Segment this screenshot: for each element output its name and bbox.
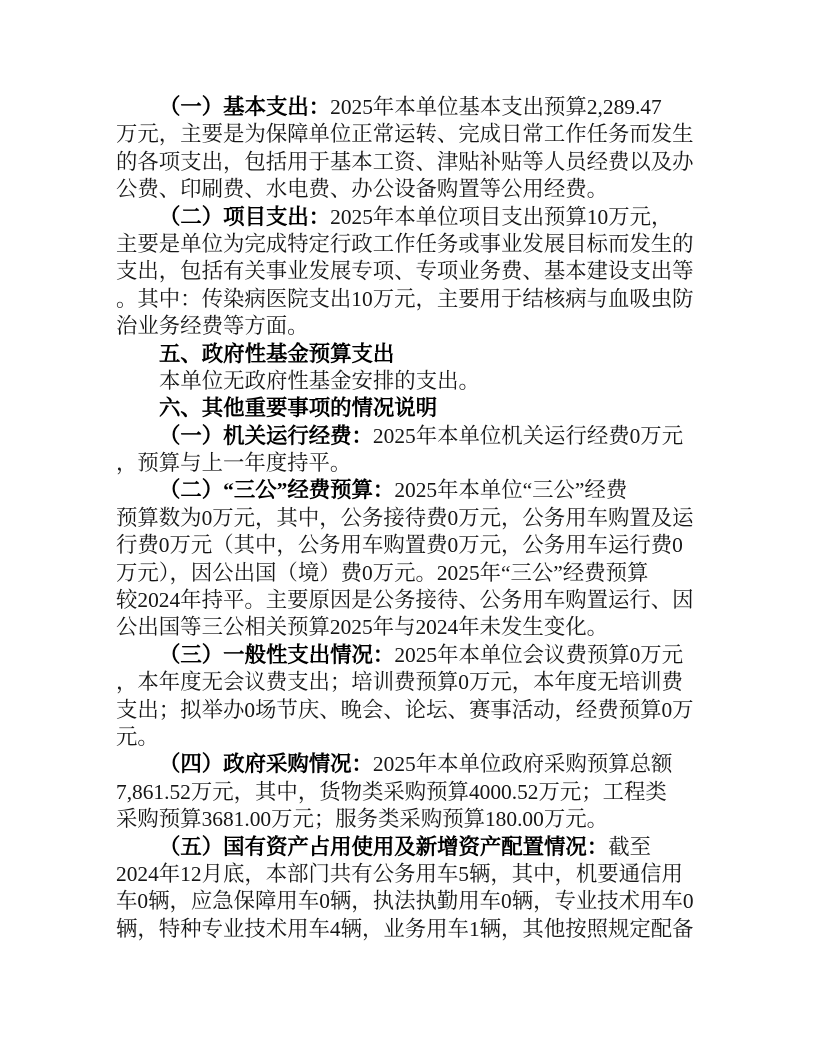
body-text-run: 的各项支出，包括用于基本工资、津贴补贴等人员经费以及办 <box>116 150 694 174</box>
body-text-run: 。其中：传染病医院支出10万元，主要用于结核病与血吸虫防 <box>116 287 694 311</box>
body-text-run: 治业务经费等方面。 <box>116 314 309 338</box>
text-line: 支出；拟举办0场节庆、晚会、论坛、赛事活动，经费预算0万 <box>116 697 706 724</box>
body-text-run: 2025年本单位项目支出预算10万元， <box>330 205 672 229</box>
text-line: ，预算与上一年度持平。 <box>116 450 706 477</box>
document-body: （一）基本支出：2025年本单位基本支出预算2,289.47万元，主要是为保障单… <box>116 94 706 943</box>
section-heading-run: 五、政府性基金预算支出 <box>159 342 394 366</box>
text-line: （二）项目支出：2025年本单位项目支出预算10万元， <box>116 204 706 231</box>
body-text-run: 2025年本单位会议费预算0万元 <box>394 643 683 667</box>
text-line: 的各项支出，包括用于基本工资、津贴补贴等人员经费以及办 <box>116 149 706 176</box>
text-line: 辆，特种专业技术用车4辆，业务用车1辆，其他按照规定配备 <box>116 916 706 943</box>
body-text-run: ，预算与上一年度持平。 <box>116 451 351 475</box>
text-line: 治业务经费等方面。 <box>116 313 706 340</box>
text-line: 2024年12月底，本部门共有公务用车5辆，其中，机要通信用 <box>116 861 706 888</box>
section-heading-run: （四）政府采购情况： <box>159 752 373 776</box>
body-text-run: 2025年本单位政府采购预算总额 <box>373 752 672 776</box>
body-text-run: 2025年本单位基本支出预算2,289.47 <box>330 95 662 119</box>
body-text-run: 辆，特种专业技术用车4辆，业务用车1辆，其他按照规定配备 <box>116 917 694 941</box>
section-heading-run: 六、其他重要事项的情况说明 <box>159 396 437 420</box>
text-line: 公出国等三公相关预算2025年与2024年未发生变化。 <box>116 614 706 641</box>
body-text-run: 公出国等三公相关预算2025年与2024年未发生变化。 <box>116 615 608 639</box>
section-heading-run: （二）“三公”经费预算： <box>159 478 394 502</box>
body-text-run: 较2024年持平。主要原因是公务接待、公务用车购置运行、因 <box>116 588 694 612</box>
text-line: 支出，包括有关事业发展专项、专项业务费、基本建设支出等 <box>116 258 706 285</box>
text-line: 行费0万元（其中，公务用车购置费0万元，公务用车运行费0 <box>116 532 706 559</box>
body-text-run: 万元，主要是为保障单位正常运转、完成日常工作任务而发生 <box>116 122 694 146</box>
text-line: 预算数为0万元，其中，公务接待费0万元，公务用车购置及运 <box>116 505 706 532</box>
text-line: （二）“三公”经费预算：2025年本单位“三公”经费 <box>116 477 706 504</box>
text-line: （三）一般性支出情况：2025年本单位会议费预算0万元 <box>116 642 706 669</box>
section-heading-run: （二）项目支出： <box>159 205 330 229</box>
body-text-run: 支出，包括有关事业发展专项、专项业务费、基本建设支出等 <box>116 259 694 283</box>
body-text-run: 公费、印刷费、水电费、办公设备购置等公用经费。 <box>116 177 608 201</box>
body-text-run: 7,861.52万元，其中，货物类采购预算4000.52万元；工程类 <box>116 780 667 804</box>
body-text-run: 2025年本单位机关运行经费0万元 <box>373 424 683 448</box>
text-line: 主要是单位为完成特定行政工作任务或事业发展目标而发生的 <box>116 231 706 258</box>
text-line: （一）机关运行经费：2025年本单位机关运行经费0万元 <box>116 423 706 450</box>
text-line: 万元，主要是为保障单位正常运转、完成日常工作任务而发生 <box>116 121 706 148</box>
body-text-run: 采购预算3681.00万元；服务类采购预算180.00万元。 <box>116 807 608 831</box>
body-text-run: 行费0万元（其中，公务用车购置费0万元，公务用车运行费0 <box>116 533 683 557</box>
body-text-run: 元。 <box>116 725 159 749</box>
section-heading-run: （三）一般性支出情况： <box>159 643 394 667</box>
text-line: 元。 <box>116 724 706 751</box>
text-line: 六、其他重要事项的情况说明 <box>116 395 706 422</box>
section-heading-run: （五）国有资产占用使用及新增资产配置情况： <box>159 835 608 859</box>
body-text-run: ，本年度无会议费支出；培训费预算0万元，本年度无培训费 <box>116 670 683 694</box>
body-text-run: 本单位无政府性基金安排的支出。 <box>159 369 480 393</box>
text-line: （一）基本支出：2025年本单位基本支出预算2,289.47 <box>116 94 706 121</box>
body-text-run: 主要是单位为完成特定行政工作任务或事业发展目标而发生的 <box>116 232 694 256</box>
body-text-run: 支出；拟举办0场节庆、晚会、论坛、赛事活动，经费预算0万 <box>116 698 694 722</box>
text-line: （五）国有资产占用使用及新增资产配置情况：截至 <box>116 834 706 861</box>
body-text-run: 截至 <box>608 835 651 859</box>
text-line: 采购预算3681.00万元；服务类采购预算180.00万元。 <box>116 806 706 833</box>
body-text-run: 预算数为0万元，其中，公务接待费0万元，公务用车购置及运 <box>116 506 694 530</box>
text-line: 。其中：传染病医院支出10万元，主要用于结核病与血吸虫防 <box>116 286 706 313</box>
body-text-run: 车0辆，应急保障用车0辆，执法执勤用车0辆，专业技术用车0 <box>116 889 694 913</box>
body-text-run: 2024年12月底，本部门共有公务用车5辆，其中，机要通信用 <box>116 862 683 886</box>
text-line: 7,861.52万元，其中，货物类采购预算4000.52万元；工程类 <box>116 779 706 806</box>
text-line: 本单位无政府性基金安排的支出。 <box>116 368 706 395</box>
text-line: 万元），因公出国（境）费0万元。2025年“三公”经费预算 <box>116 560 706 587</box>
text-line: ，本年度无会议费支出；培训费预算0万元，本年度无培训费 <box>116 669 706 696</box>
body-text-run: 万元），因公出国（境）费0万元。2025年“三公”经费预算 <box>116 561 648 585</box>
text-line: （四）政府采购情况：2025年本单位政府采购预算总额 <box>116 751 706 778</box>
text-line: 五、政府性基金预算支出 <box>116 341 706 368</box>
text-line: 车0辆，应急保障用车0辆，执法执勤用车0辆，专业技术用车0 <box>116 888 706 915</box>
text-line: 公费、印刷费、水电费、办公设备购置等公用经费。 <box>116 176 706 203</box>
section-heading-run: （一）基本支出： <box>159 95 330 119</box>
body-text-run: 2025年本单位“三公”经费 <box>394 478 627 502</box>
text-line: 较2024年持平。主要原因是公务接待、公务用车购置运行、因 <box>116 587 706 614</box>
section-heading-run: （一）机关运行经费： <box>159 424 373 448</box>
document-page: （一）基本支出：2025年本单位基本支出预算2,289.47万元，主要是为保障单… <box>0 0 816 1056</box>
